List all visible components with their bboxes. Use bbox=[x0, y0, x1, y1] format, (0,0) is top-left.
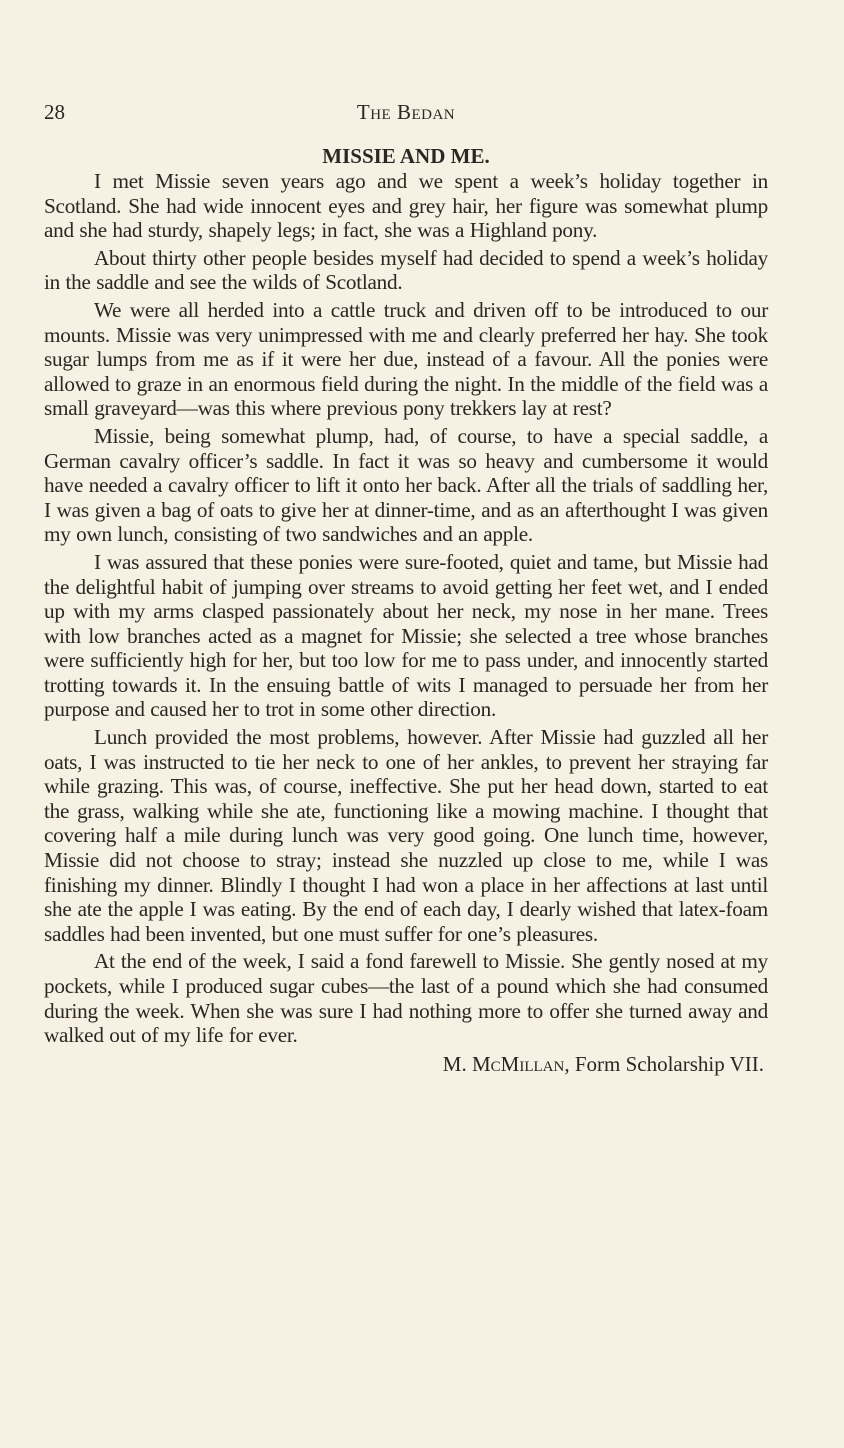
journal-title: The Bedan bbox=[44, 100, 768, 125]
article: MISSIE AND ME. I met Missie seven years … bbox=[44, 143, 768, 1077]
article-title: MISSIE AND ME. bbox=[44, 143, 768, 169]
author-signature: M. McMillan, Form Scholarship VII. bbox=[44, 1051, 768, 1077]
running-head: 28 The Bedan bbox=[44, 100, 768, 130]
author-initial: M. bbox=[443, 1052, 467, 1076]
paragraph: Missie, being somewhat plump, had, of co… bbox=[44, 424, 768, 547]
author-form: , Form Scholarship VII. bbox=[564, 1052, 764, 1076]
document-page: 28 The Bedan MISSIE AND ME. I met Missie… bbox=[0, 0, 844, 1448]
author-surname: McMillan bbox=[472, 1052, 564, 1076]
paragraph: We were all herded into a cattle truck a… bbox=[44, 298, 768, 421]
paragraph: I met Missie seven years ago and we spen… bbox=[44, 169, 768, 243]
paragraph: Lunch provided the most problems, howeve… bbox=[44, 725, 768, 946]
paragraph: About thirty other people besides myself… bbox=[44, 246, 768, 295]
paragraph: I was assured that these ponies were sur… bbox=[44, 550, 768, 722]
paragraph: At the end of the week, I said a fond fa… bbox=[44, 949, 768, 1047]
